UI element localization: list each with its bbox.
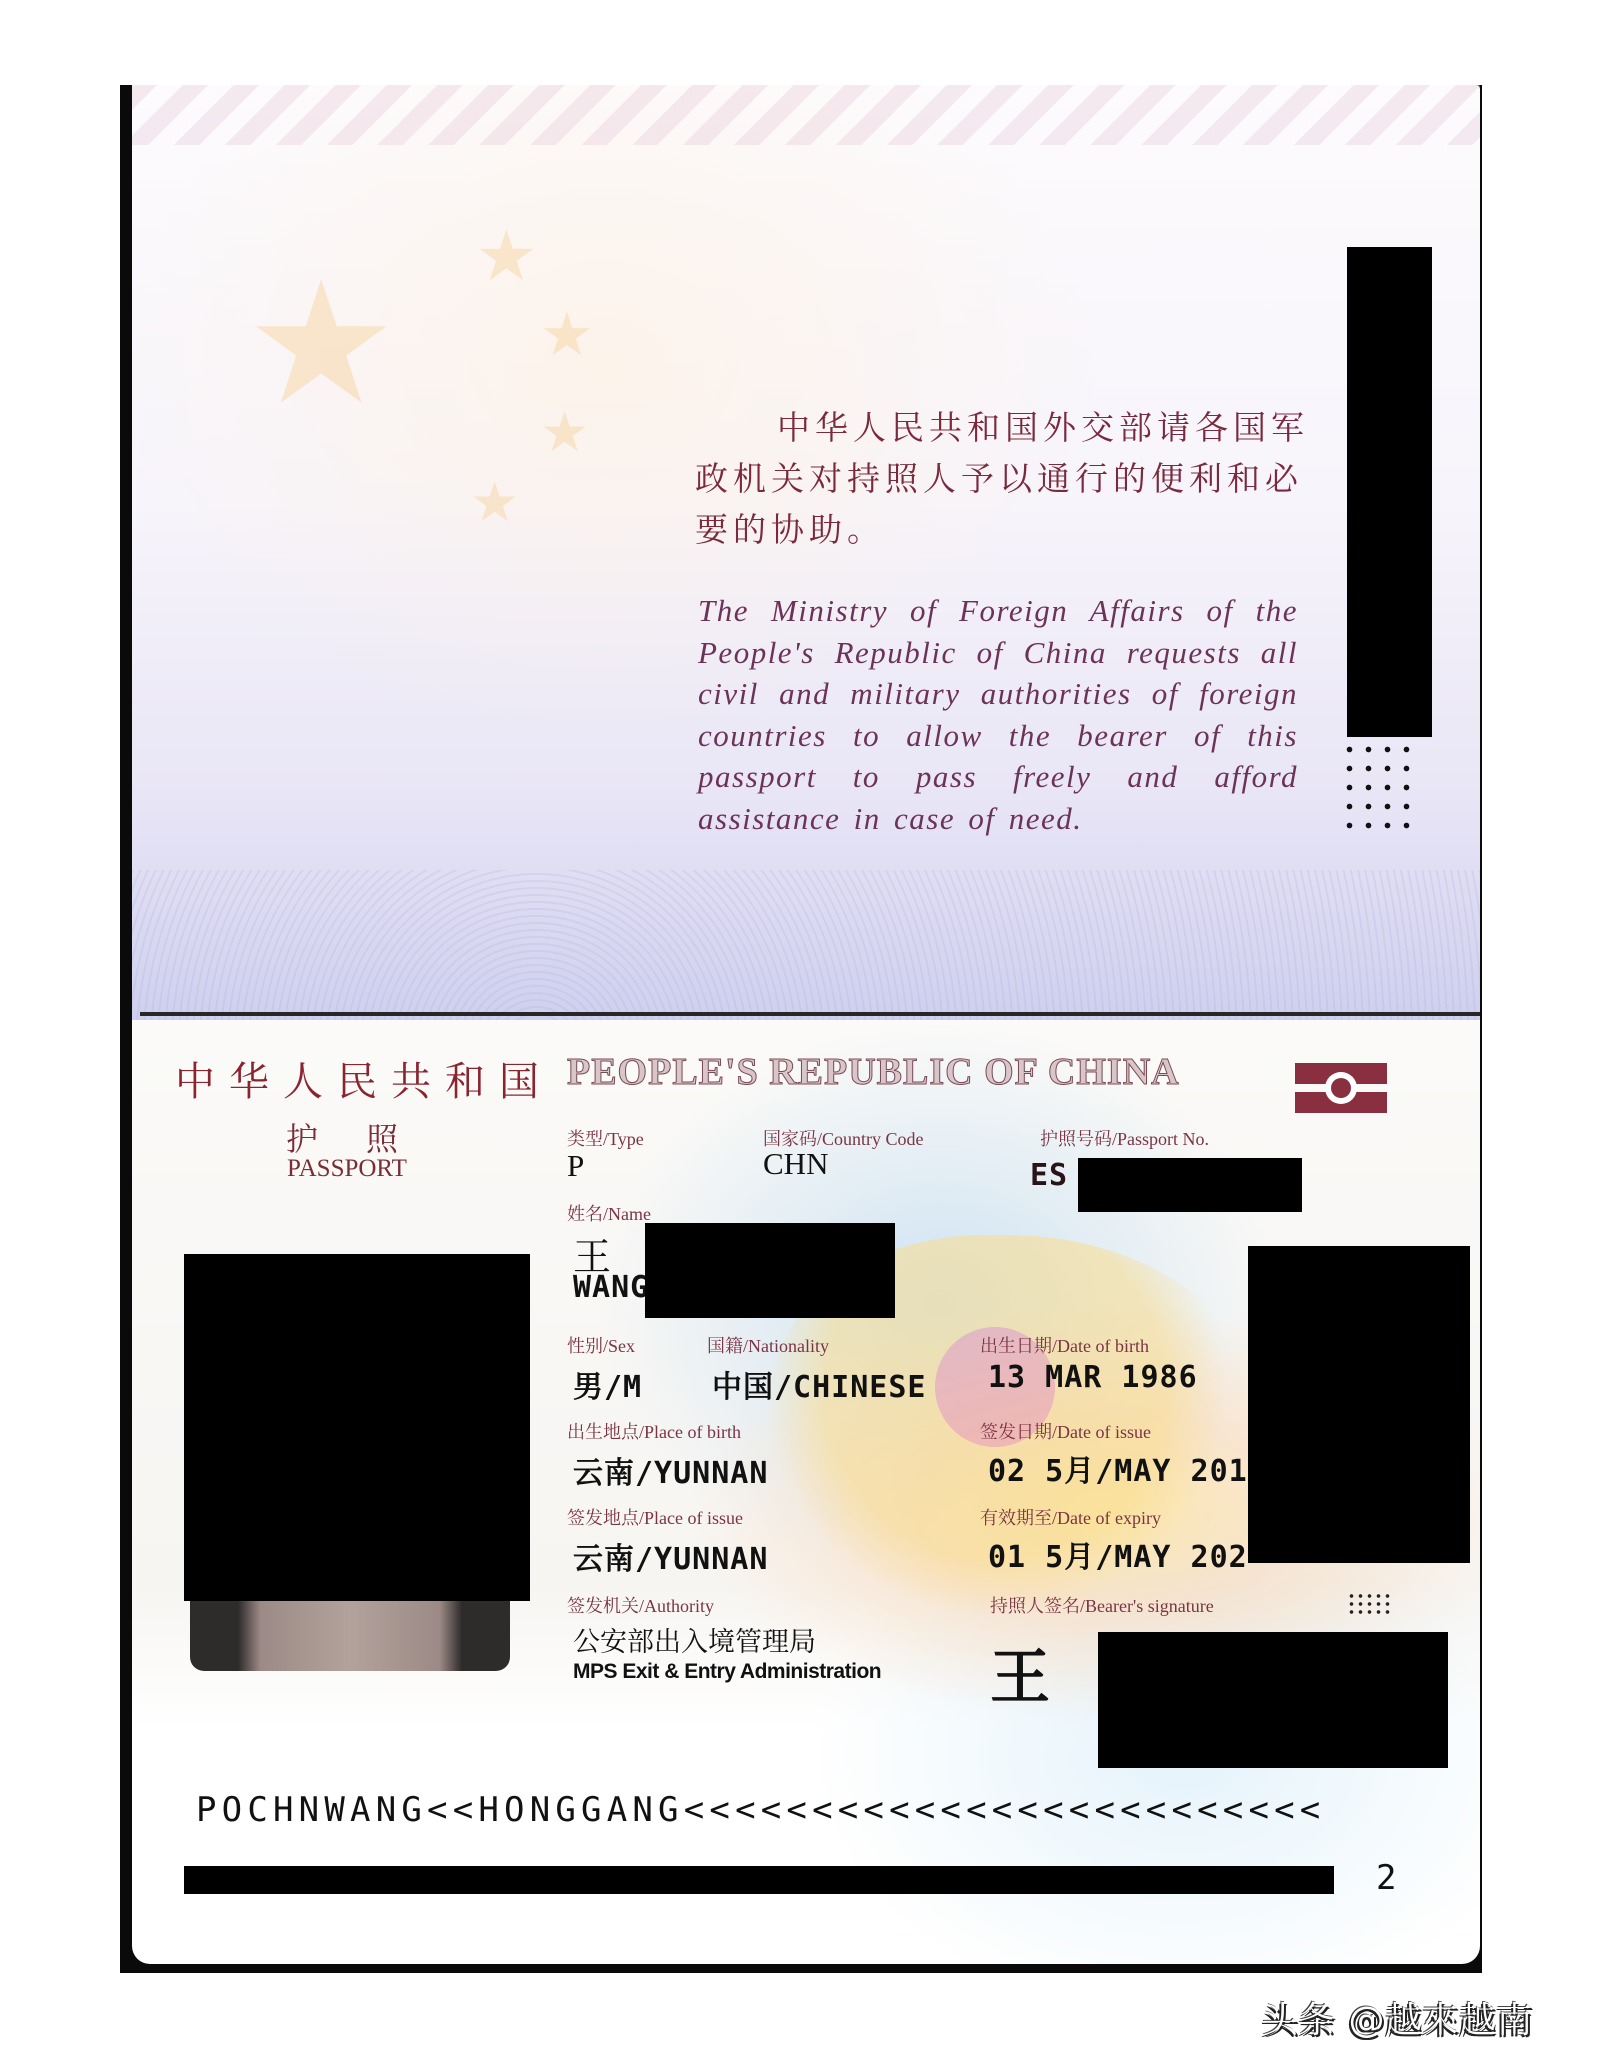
date-of-issue-label: 签发日期/Date of issue <box>980 1418 1151 1444</box>
place-of-issue-value: 云南/YUNNAN <box>573 1534 768 1578</box>
star-watermark-icon: ★ <box>540 300 594 370</box>
passport-no-label: 护照号码/Passport No. <box>1040 1125 1209 1151</box>
country-code-value: CHN <box>763 1146 828 1182</box>
name-label: 姓名/Name <box>567 1200 651 1226</box>
bearer-signature: 王 <box>990 1630 1050 1716</box>
authority-value-zh: 公安部出入境管理局 <box>573 1620 816 1659</box>
place-of-birth-value: 云南/YUNNAN <box>573 1448 768 1492</box>
star-watermark-icon: ★ <box>245 245 397 443</box>
mrz-line-1: POCHNWANG<<HONGGANG<<<<<<<<<<<<<<<<<<<<<… <box>196 1790 1325 1830</box>
name-value-en: WANG <box>573 1270 649 1305</box>
date-of-expiry-label: 有效期至/Date of expiry <box>980 1504 1161 1530</box>
passport-no-redaction <box>1078 1158 1302 1212</box>
source-watermark: 头条 @越來越南 <box>1262 1992 1533 2043</box>
mrz-line-2-tail: 2 <box>1376 1858 1402 1898</box>
passport-no-value: ES <box>1030 1158 1068 1193</box>
signature-label: 持照人签名/Bearer's signature <box>990 1592 1214 1618</box>
name-redaction <box>645 1223 895 1318</box>
nationality-label: 国籍/Nationality <box>707 1332 829 1358</box>
place-of-issue-label: 签发地点/Place of issue <box>567 1504 743 1530</box>
request-text-en: The Ministry of Foreign Affairs of the P… <box>698 590 1298 839</box>
request-text-zh: 中华人民共和国外交部请各国军政机关对持照人予以通行的便利和必要的协助。 <box>695 402 1315 555</box>
sex-value: 男/M <box>573 1362 642 1406</box>
place-of-birth-label: 出生地点/Place of birth <box>567 1418 741 1444</box>
star-watermark-icon: ★ <box>540 400 589 464</box>
photo-redaction <box>184 1254 530 1601</box>
date-of-birth-label: 出生日期/Date of birth <box>980 1332 1149 1358</box>
country-title-en: PEOPLE'S REPUBLIC OF CHINA <box>567 1050 1180 1094</box>
signature-redaction <box>1098 1632 1448 1768</box>
date-of-expiry-value: 01 5月/MAY 202 <box>988 1532 1248 1576</box>
type-value: P <box>567 1148 584 1184</box>
page-pattern-top <box>132 85 1480 145</box>
perforation-mark <box>1347 1592 1391 1618</box>
page-edge <box>140 1012 1480 1016</box>
mrz-line-2-redaction <box>184 1866 1334 1894</box>
document-type-en: PASSPORT <box>287 1155 407 1183</box>
date-of-birth-value: 13 MAR 1986 <box>988 1360 1198 1395</box>
authority-label: 签发机关/Authority <box>567 1592 714 1618</box>
date-of-issue-value: 02 5月/MAY 201 <box>988 1446 1248 1490</box>
holder-photo <box>190 1601 510 1671</box>
sex-label: 性别/Sex <box>567 1332 635 1358</box>
nationality-value: 中国/CHINESE <box>712 1362 927 1406</box>
biometric-chip-icon <box>1295 1063 1387 1113</box>
page-pattern-bottom <box>132 870 1480 1020</box>
perforation-number <box>1340 740 1420 832</box>
redaction-bar <box>1347 247 1432 737</box>
authority-value-en: MPS Exit & Entry Administration <box>573 1660 881 1684</box>
ghost-photo-redaction <box>1248 1246 1470 1563</box>
star-watermark-icon: ★ <box>470 470 519 534</box>
document-type-zh: 护照 <box>286 1114 446 1160</box>
star-watermark-icon: ★ <box>475 215 538 297</box>
country-title-zh: 中华人民共和国 <box>175 1050 553 1107</box>
